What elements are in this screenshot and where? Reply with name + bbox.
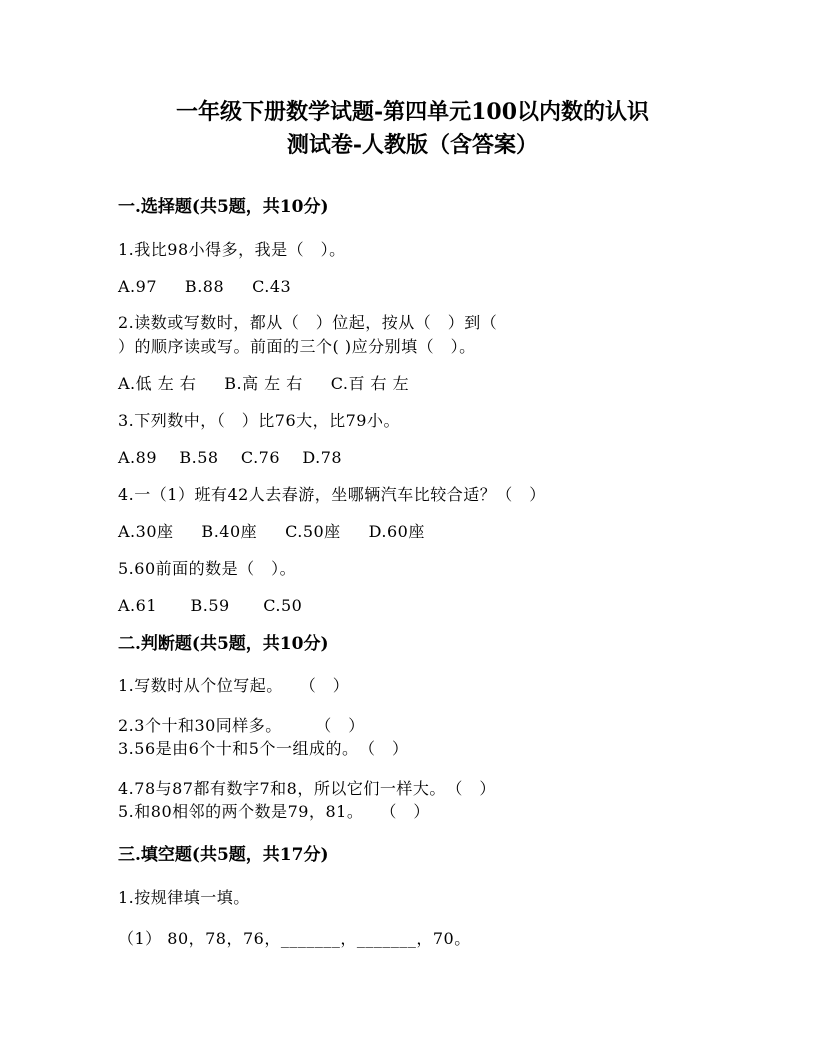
judge-question-1: 1.写数时从个位写起。 （ ） [118, 674, 716, 697]
fill-question-1-sequence: （1） 80，78，76，_______，_______，70。 [118, 926, 716, 951]
multiple-choice-heading: 一.选择题(共5题，共10分) [118, 195, 716, 220]
fill-question-1: 1.按规律填一填。 [118, 885, 716, 910]
choice-question-4-options: A.30座 B.40座 C.50座 D.60座 [118, 519, 716, 544]
choice-question-5-options: A.61 B.59 C.50 [118, 593, 716, 618]
choice-question-1-options: A.97 B.88 C.43 [118, 274, 716, 299]
section-multiple-choice: 一.选择题(共5题，共10分) 1.我比98小得多，我是（ ）。 A.97 B.… [118, 195, 716, 618]
title-line-1: 一年级下册数学试题-第四单元100以内数的认识 [109, 96, 716, 129]
choice-question-1: 1.我比98小得多，我是（ ）。 [118, 237, 716, 262]
title-line-2: 测试卷-人教版（含答案） [109, 129, 716, 162]
judge-questions-4-5: 4.78与87都有数字7和8，所以它们一样大。 （ ） 5.和80相邻的两个数是… [118, 777, 716, 823]
choice-question-2: 2.读数或写数时，都从（ ）位起，按从（ ）到（ ）的顺序读或写。前面的三个( … [118, 311, 716, 359]
section-fill-blank: 三.填空题(共5题，共17分) 1.按规律填一填。 （1） 80，78，76，_… [118, 843, 716, 951]
true-false-heading: 二.判断题(共5题，共10分) [118, 632, 716, 657]
choice-question-3: 3.下列数中，（ ）比76大，比79小。 [118, 408, 716, 433]
test-paper-page: 一年级下册数学试题-第四单元100以内数的认识 测试卷-人教版（含答案） 一.选… [0, 0, 816, 1056]
choice-question-2-options: A.低 左 右 B.高 左 右 C.百 右 左 [118, 371, 716, 396]
choice-question-5: 5.60前面的数是（ ）。 [118, 556, 716, 581]
section-true-false: 二.判断题(共5题，共10分) 1.写数时从个位写起。 （ ） 2.3个十和30… [118, 632, 716, 823]
document-title: 一年级下册数学试题-第四单元100以内数的认识 测试卷-人教版（含答案） [109, 96, 716, 162]
choice-question-4: 4.一（1）班有42人去春游，坐哪辆汽车比较合适？（ ） [118, 482, 716, 507]
judge-questions-2-3: 2.3个十和30同样多。 （ ） 3.56是由6个十和5个一组成的。 （ ） [118, 714, 716, 760]
fill-blank-heading: 三.填空题(共5题，共17分) [118, 843, 716, 868]
choice-question-3-options: A.89 B.58 C.76 D.78 [118, 445, 716, 470]
